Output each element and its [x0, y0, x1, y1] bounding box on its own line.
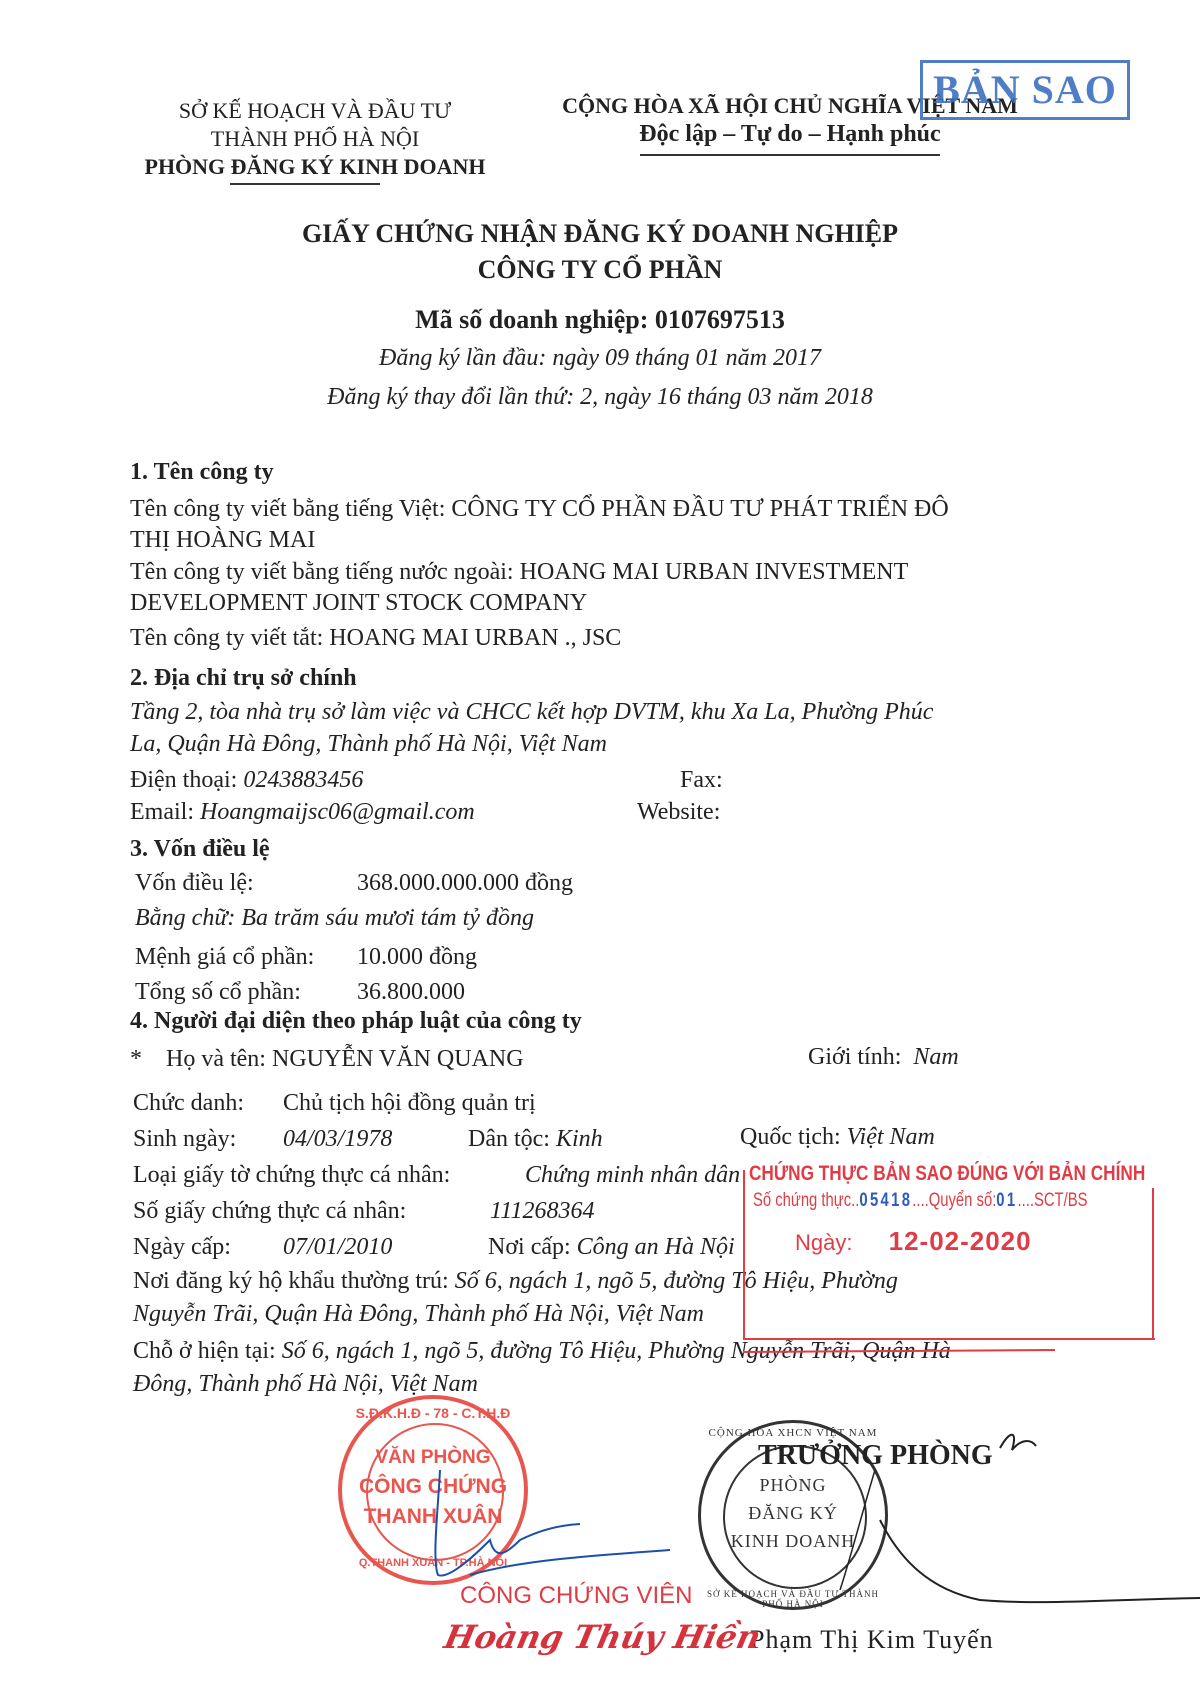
handwritten-signatures	[0, 0, 1200, 1697]
cert-stamp-strike-line	[743, 1350, 1055, 1352]
office-signature-icon	[840, 1470, 875, 1590]
head-signature-icon	[880, 1435, 1200, 1602]
notary-signature-icon	[435, 1470, 670, 1576]
